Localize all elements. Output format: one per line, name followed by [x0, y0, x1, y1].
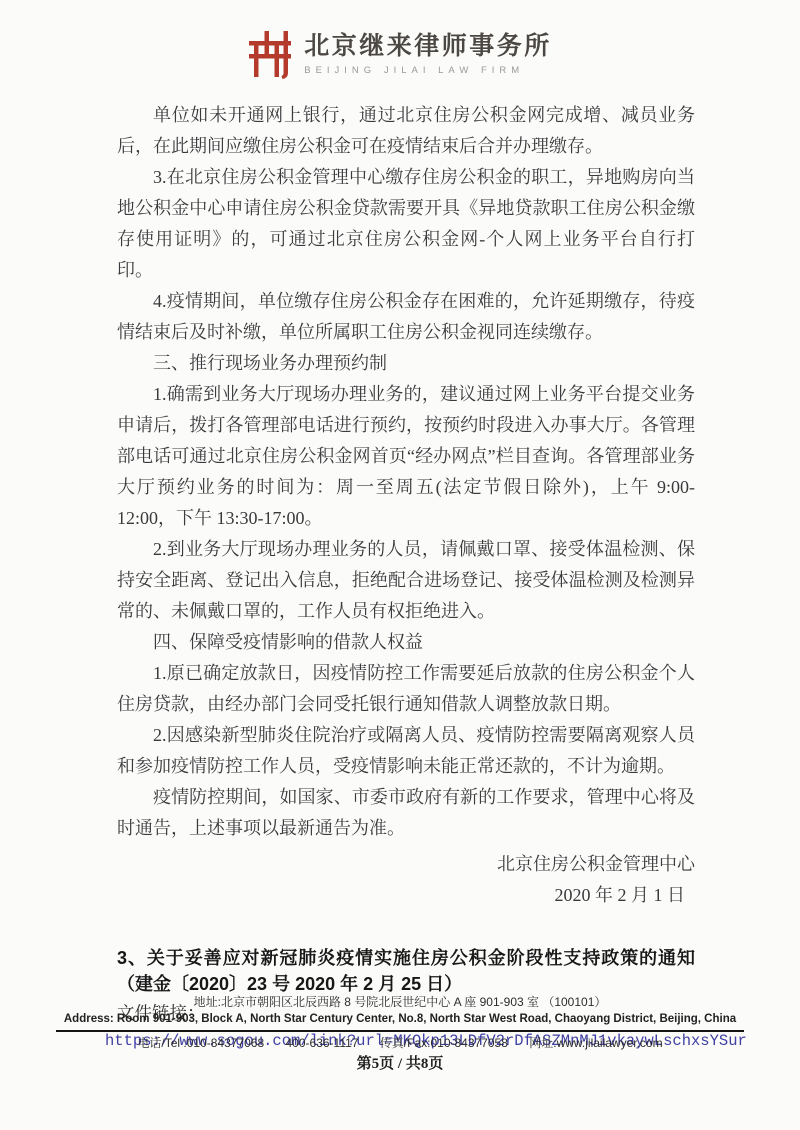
- signature-org: 北京住房公积金管理中心: [117, 849, 695, 880]
- notice-3-heading: 3、关于妥善应对新冠肺炎疫情实施住房公积金阶段性支持政策的通知（建金〔2020〕…: [117, 945, 695, 997]
- jilai-logo-icon: [248, 28, 292, 80]
- signature-date: 2020 年 2 月 1 日: [117, 880, 695, 911]
- paragraph: 4.疫情期间，单位缴存住房公积金存在困难的，允许延期缴存，待疫情结束后及时补缴，…: [117, 286, 695, 348]
- logo-text: 北京继来律师事务所 BEIJING JILAI LAW FIRM: [304, 32, 552, 76]
- paragraph: 2.到业务大厅现场办理业务的人员，请佩戴口罩、接受体温检测、保持安全距离、登记出…: [117, 534, 695, 627]
- page-footer: 地址:北京市朝阳区北辰西路 8 号院北辰世纪中心 A 座 901-903 室 （…: [0, 994, 800, 1075]
- footer-fax: 传真/Fax:010-84377058: [380, 1036, 508, 1050]
- paragraph: 3.在北京住房公积金管理中心缴存住房公积金的职工，异地购房向当地公积金中心申请住…: [117, 162, 695, 286]
- footer-address-en: Address: Room 901-903, Block A, North St…: [0, 1011, 800, 1027]
- document-page: 北京继来律师事务所 BEIJING JILAI LAW FIRM 单位如未开通网…: [0, 0, 800, 1130]
- paragraph: 疫情防控期间，如国家、市委市政府有新的工作要求，管理中心将及时通告，上述事项以最…: [117, 782, 695, 844]
- footer-contact-line: 电话/Tel :010-84377068 400-636-1117 传真/Fax…: [0, 1035, 800, 1052]
- section-heading: 四、保障受疫情影响的借款人权益: [117, 627, 695, 658]
- paragraph: 2.因感染新型肺炎住院治疗或隔离人员、疫情防控需要隔离观察人员和参加疫情防控工作…: [117, 720, 695, 782]
- section-heading: 三、推行现场业务办理预约制: [117, 348, 695, 379]
- logo-name-cn: 北京继来律师事务所: [304, 32, 552, 61]
- page-indicator: 第5页 / 共8页: [0, 1053, 800, 1075]
- paragraph: 1.确需到业务大厅现场办理业务的，建议通过网上业务平台提交业务申请后，拨打各管理…: [117, 379, 695, 534]
- logo-name-en: BEIJING JILAI LAW FIRM: [304, 65, 552, 76]
- footer-hotline: 400-636-1117: [286, 1036, 359, 1050]
- paragraph: 单位如未开通网上银行，通过北京住房公积金网完成增、减员业务后，在此期间应缴住房公…: [117, 100, 695, 162]
- footer-tel: 电话/Tel :010-84377068: [137, 1036, 264, 1050]
- footer-website: 网址:www.jilailawyer.com: [529, 1036, 662, 1050]
- footer-divider: [56, 1030, 744, 1032]
- paragraph: 1.原已确定放款日，因疫情防控工作需要延后放款的住房公积金个人住房贷款，由经办部…: [117, 658, 695, 720]
- document-body: 单位如未开通网上银行，通过北京住房公积金网完成增、减员业务后，在此期间应缴住房公…: [117, 100, 695, 1053]
- page-header: 北京继来律师事务所 BEIJING JILAI LAW FIRM: [0, 0, 800, 80]
- footer-address-cn: 地址:北京市朝阳区北辰西路 8 号院北辰世纪中心 A 座 901-903 室 （…: [0, 994, 800, 1011]
- law-firm-logo: 北京继来律师事务所 BEIJING JILAI LAW FIRM: [248, 28, 552, 80]
